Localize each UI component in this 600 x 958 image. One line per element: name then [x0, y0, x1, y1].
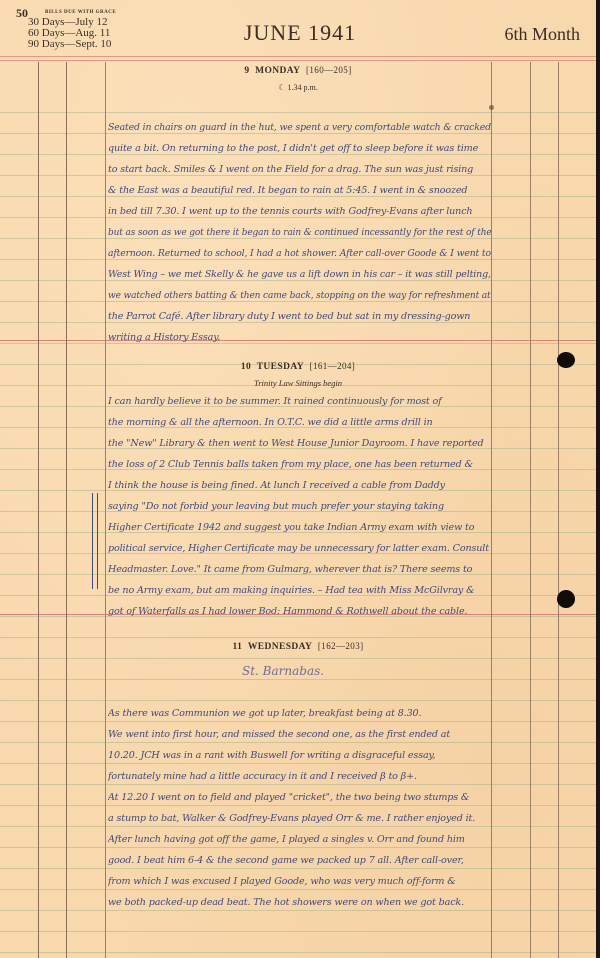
- handwritten-line: afternoon. Returned to school, I had a h…: [108, 243, 491, 264]
- handwritten-line: political service, Higher Certificate ma…: [108, 538, 493, 559]
- day-weekday: TUESDAY: [257, 362, 304, 372]
- handwritten-line: writing a History Essay.: [108, 327, 493, 348]
- handwritten-line: West Wing – we met Skelly & he gave us a…: [108, 264, 491, 285]
- handwritten-line: we both packed-up dead beat. The hot sho…: [108, 892, 493, 913]
- handwritten-line: Higher Certificate 1942 and suggest you …: [108, 517, 493, 538]
- day-range: [160—205]: [306, 65, 352, 75]
- moon-phase-note: ☾ 1.34 p.m.: [105, 83, 491, 92]
- handwritten-line: I think the house is being fined. At lun…: [108, 475, 493, 496]
- day-heading-tuesday: 10 TUESDAY [161—204]: [105, 361, 491, 372]
- handwritten-line: & the East was a beautiful red. It began…: [108, 180, 493, 201]
- handwritten-line: from which I was excused I played Goode,…: [108, 871, 493, 892]
- day-note: Trinity Law Sittings begin: [105, 378, 491, 388]
- day-weekday: MONDAY: [255, 66, 300, 76]
- day-number: 10: [241, 362, 251, 372]
- page-edge: [596, 0, 600, 958]
- day-range: [161—204]: [310, 361, 356, 371]
- handwritten-line: fortunately mine had a little accuracy i…: [108, 766, 493, 787]
- handwritten-line: but as soon as we got there it began to …: [108, 222, 491, 243]
- handwritten-line: I can hardly believe it to be summer. It…: [108, 391, 493, 412]
- entry-tuesday: I can hardly believe it to be summer. It…: [108, 391, 493, 622]
- handwritten-line: Seated in chairs on guard in the hut, we…: [108, 117, 491, 138]
- margin-rule: [66, 62, 67, 958]
- handwritten-line: As there was Communion we got up later, …: [108, 703, 493, 724]
- margin-bracket: [92, 493, 98, 589]
- ink-speck: [489, 105, 494, 110]
- diary-page: 50 BILLS DUE WITH GRACE 30 Days—July 12 …: [0, 0, 600, 958]
- handwritten-line: the Parrot Café. After library duty I we…: [108, 306, 493, 327]
- margin-rule: [558, 62, 559, 958]
- handwritten-line: 10.20. JCH was in a rant with Buswell fo…: [108, 745, 493, 766]
- handwritten-line: we watched others batting & then came ba…: [108, 285, 491, 306]
- punch-hole: [557, 352, 575, 368]
- margin-rule: [530, 62, 531, 958]
- handwritten-line: to start back. Smiles & I went on the Fi…: [108, 159, 493, 180]
- entry-wednesday: As there was Communion we got up later, …: [108, 703, 493, 913]
- handwritten-line: We went into first hour, and missed the …: [108, 724, 493, 745]
- day-range: [162—203]: [318, 641, 364, 651]
- month-index: 6th Month: [504, 24, 580, 45]
- handwritten-line: be no Army exam, but am making inquiries…: [108, 580, 493, 601]
- day-heading-wednesday: 11 WEDNESDAY [162—203]: [105, 641, 491, 652]
- punch-hole: [557, 590, 575, 608]
- handwritten-line: After lunch having got off the game, I p…: [108, 829, 493, 850]
- day-number: 11: [232, 642, 242, 652]
- margin-rule: [38, 62, 39, 958]
- handwritten-line: good. I beat him 6-4 & the second game w…: [108, 850, 493, 871]
- page-number: 50: [16, 6, 28, 21]
- day-weekday: WEDNESDAY: [248, 642, 313, 652]
- handwritten-line: the "New" Library & then went to West Ho…: [108, 433, 493, 454]
- day-heading-monday: 9 MONDAY [160—205]: [105, 65, 491, 76]
- handwritten-line: quite a bit. On returning to the post, I…: [108, 138, 493, 159]
- header-rule: [0, 56, 596, 61]
- saint-day-note: St. Barnabas.: [242, 664, 324, 678]
- handwritten-line: the morning & all the afternoon. In O.T.…: [108, 412, 493, 433]
- handwritten-line: Headmaster. Love." It came from Gulmarg,…: [108, 559, 493, 580]
- entry-monday: Seated in chairs on guard in the hut, we…: [108, 117, 493, 348]
- handwritten-line: At 12.20 I went on to field and played "…: [108, 787, 493, 808]
- bills-title: BILLS DUE WITH GRACE: [45, 10, 116, 15]
- day-number: 9: [244, 66, 249, 76]
- handwritten-line: the loss of 2 Club Tennis balls taken fr…: [108, 454, 493, 475]
- handwritten-line: saying "Do not forbid your leaving but m…: [108, 496, 493, 517]
- handwritten-line: got of Waterfalls as I had lower Bod: Ha…: [108, 601, 493, 622]
- handwritten-line: in bed till 7.30. I went up to the tenni…: [108, 201, 493, 222]
- handwritten-line: a stump to bat, Walker & Godfrey-Evans p…: [108, 808, 493, 829]
- margin-rule: [105, 62, 106, 958]
